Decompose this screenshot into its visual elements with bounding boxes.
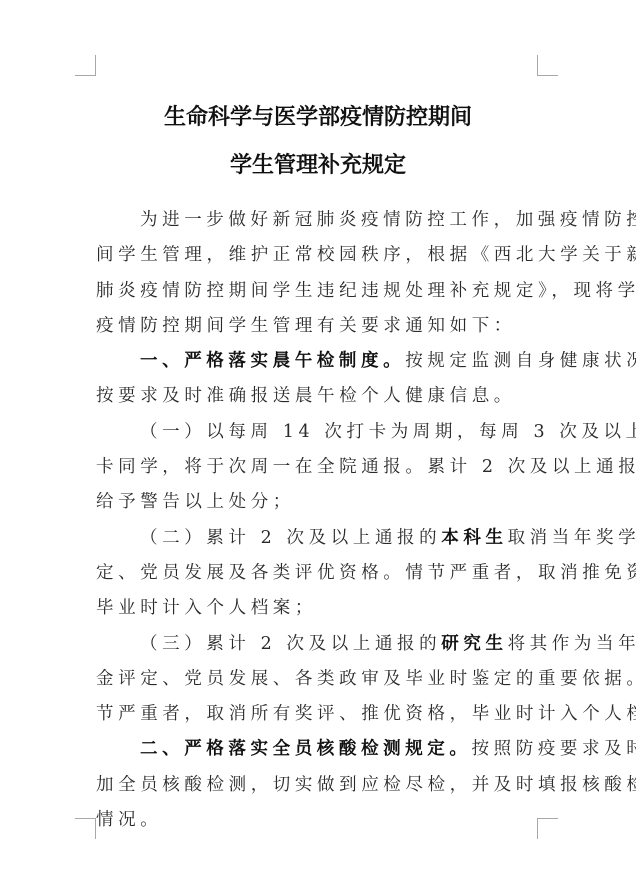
- sub-item-1: （一）以每周 14 次打卡为周期，每周 3 次及以上未打: [96, 415, 538, 450]
- body-line: 为进一步做好新冠肺炎疫情防控工作，加强疫情防控期: [96, 203, 538, 238]
- sub-item-3: （三）累计 2 次及以上通报的研究生将其作为当年奖学: [96, 627, 538, 662]
- body-line: 毕业时计入个人档案；: [96, 591, 538, 626]
- document-title-line-2: 学生管理补充规定: [0, 148, 636, 179]
- body-line: 情况。: [96, 803, 538, 838]
- body-line: 肺炎疫情防控期间学生违纪违规处理补充规定》，现将学部: [96, 274, 538, 309]
- bold-keyword: 研究生: [441, 634, 507, 654]
- body-line: 给予警告以上处分；: [96, 485, 538, 520]
- body-line: 节严重者，取消所有奖评、推优资格，毕业时计入个人档案。: [96, 697, 538, 732]
- section-heading-1: 一、严格落实晨午检制度。按规定监测自身健康状况，: [96, 344, 538, 379]
- section-heading-2: 二、严格落实全员核酸检测规定。按照防疫要求及时参: [96, 732, 538, 767]
- body-line: 疫情防控期间学生管理有关要求通知如下：: [96, 309, 538, 344]
- body-line: 间学生管理，维护正常校园秩序，根据《西北大学关于新冠: [96, 238, 538, 273]
- page-corner-mark-bottom-right: [537, 818, 558, 839]
- document-body: 为进一步做好新冠肺炎疫情防控工作，加强疫情防控期 间学生管理，维护正常校园秩序，…: [96, 203, 538, 838]
- body-line: 加全员核酸检测，切实做到应检尽检，并及时填报核酸检测: [96, 768, 538, 803]
- document-title-line-1: 生命科学与医学部疫情防控期间: [0, 100, 636, 131]
- body-line: 金评定、党员发展、各类政审及毕业时鉴定的重要依据。情: [96, 662, 538, 697]
- bold-heading: 严格落实全员核酸检测规定。: [184, 739, 471, 759]
- page-corner-mark-bottom-left: [75, 818, 96, 839]
- body-line: 定、党员发展及各类评优资格。情节严重者，取消推免资格，: [96, 556, 538, 591]
- sub-item-2: （二）累计 2 次及以上通报的本科生取消当年奖学金评: [96, 521, 538, 556]
- body-line: 按要求及时准确报送晨午检个人健康信息。: [96, 379, 538, 414]
- body-line: 卡同学，将于次周一在全院通报。累计 2 次及以上通报同学，: [96, 450, 538, 485]
- bold-heading: 严格落实晨午检制度。: [184, 351, 405, 371]
- bold-keyword: 本科生: [441, 528, 507, 548]
- page-corner-mark-top-left: [75, 55, 96, 76]
- page-corner-mark-top-right: [537, 55, 558, 76]
